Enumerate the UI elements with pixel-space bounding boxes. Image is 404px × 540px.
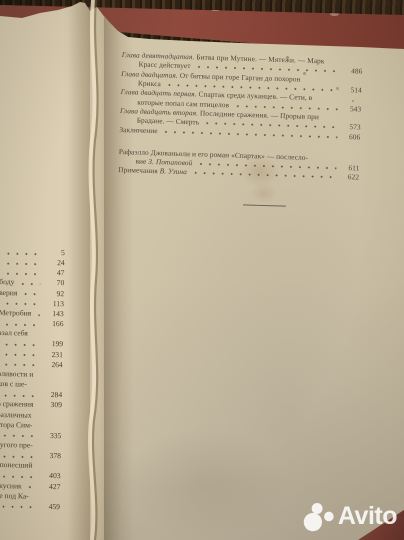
dot-leader bbox=[1, 338, 39, 349]
dot-leader bbox=[1, 318, 39, 329]
page-number: 309 bbox=[41, 400, 62, 411]
dot-leader bbox=[2, 267, 40, 278]
avito-logo-icon bbox=[303, 500, 335, 532]
dot-leader bbox=[2, 298, 40, 309]
page-number: 113 bbox=[43, 299, 64, 310]
page-number: 166 bbox=[42, 319, 63, 330]
dot-leader bbox=[1, 349, 39, 360]
dot-leader bbox=[3, 247, 41, 258]
dot-leader bbox=[36, 400, 38, 410]
page-number: 70 bbox=[43, 278, 64, 289]
dot-leader bbox=[0, 430, 37, 441]
entry-fragment: верия bbox=[0, 288, 17, 299]
entry-fragment: о сражения bbox=[0, 399, 33, 410]
page-number: 24 bbox=[44, 258, 65, 269]
dot-leader bbox=[34, 309, 40, 319]
page-number: 514 bbox=[342, 85, 362, 95]
page-number: 92 bbox=[43, 288, 64, 299]
page-number: 378 bbox=[40, 451, 61, 462]
page-number: 403 bbox=[40, 471, 61, 482]
entry-fragment: различных bbox=[0, 409, 32, 420]
page-number: 486 bbox=[342, 66, 362, 76]
dot-leader bbox=[0, 501, 36, 512]
entry-fragment: не под Ка- bbox=[0, 491, 29, 502]
page-number: 199 bbox=[42, 339, 63, 350]
dot-leader bbox=[17, 278, 40, 289]
entry-text: Заключение bbox=[119, 125, 157, 136]
page-stain bbox=[120, 428, 290, 540]
entry-fragment: , понесший bbox=[0, 460, 33, 471]
page-number: 606 bbox=[340, 132, 360, 142]
page-number: 143 bbox=[43, 309, 64, 320]
dot-leader bbox=[0, 470, 37, 481]
page-number: 5 bbox=[44, 248, 65, 259]
left-toc-column: 52447боду70верия92113Метробия143166азал … bbox=[0, 247, 65, 512]
dot-leader bbox=[20, 288, 40, 299]
page-number: 459 bbox=[39, 502, 60, 513]
entry-fragment: ругого пре- bbox=[0, 440, 33, 451]
page-number: 231 bbox=[42, 349, 63, 360]
page-number: 264 bbox=[42, 360, 63, 371]
entry-fragment: ков с ше- bbox=[0, 379, 27, 390]
page-number: 622 bbox=[339, 172, 359, 182]
dot-leader bbox=[1, 359, 39, 370]
entry-text: Примечания bbox=[118, 165, 160, 176]
right-toc-column: Глава девятнадцатая. Битва при Мутине. —… bbox=[118, 50, 363, 182]
entry-fragment: Метробия bbox=[0, 308, 31, 319]
page-number: 335 bbox=[40, 431, 61, 442]
entry-text: вие bbox=[135, 156, 148, 166]
entry-fragment: боду bbox=[0, 277, 15, 287]
dot-leader bbox=[0, 450, 37, 461]
dot-leader bbox=[3, 257, 41, 268]
page-number: 47 bbox=[43, 268, 64, 279]
page-number: 543 bbox=[341, 104, 361, 114]
entry-fragment: оливости и bbox=[0, 369, 33, 380]
page-number: 427 bbox=[39, 481, 60, 492]
entry-fragment: окусник bbox=[0, 481, 22, 492]
page-number: 284 bbox=[41, 390, 62, 401]
torn-page-edge bbox=[80, 0, 120, 540]
avito-watermark: Avito bbox=[303, 500, 397, 532]
entry-fragment: стора Сим- bbox=[0, 420, 33, 431]
avito-wordmark: Avito bbox=[338, 504, 397, 529]
left-toc-line: 459 bbox=[0, 501, 60, 512]
dot-leader bbox=[25, 481, 37, 491]
entry-fragment: азал себя bbox=[0, 328, 28, 339]
dot-leader bbox=[0, 389, 38, 400]
author-name-italic: В. Узина bbox=[160, 167, 187, 177]
page-stain bbox=[250, 182, 278, 204]
